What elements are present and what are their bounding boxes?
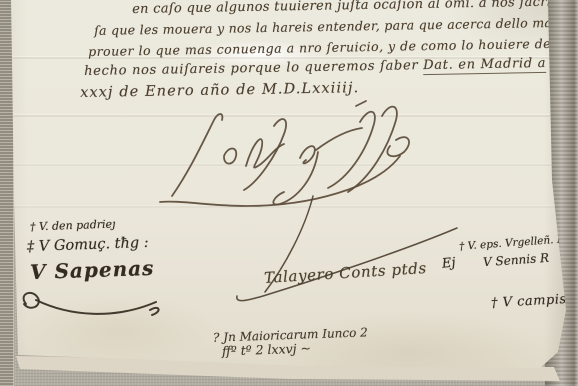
body-line-1: en caſo que algunos tuuieren juſta ocaſi… bbox=[132, 0, 569, 17]
body-line-2: ſa que les mouera y nos la hareis entend… bbox=[94, 14, 578, 38]
signature-left-1: † V. den padrieȷ bbox=[30, 218, 116, 234]
body-line-4: hecho nos auiſareis porque lo queremos ſ… bbox=[84, 56, 546, 79]
linen-left-edge bbox=[0, 0, 14, 386]
signature-right-campis: † V campis bbox=[491, 292, 567, 311]
signature-right-bishop-urgell: † V. eps. Vrgelleñ. R. bbox=[459, 233, 569, 253]
manuscript-photo: en caſo que algunos tuuieren juſta ocaſi… bbox=[0, 0, 578, 386]
signature-right-sennis: V Sennis R bbox=[483, 251, 550, 270]
secretary-rubric-strokes bbox=[225, 188, 465, 313]
paraph-mark: Ej bbox=[441, 255, 456, 271]
dateline-underlined: Dat. en Madrid a bbox=[423, 56, 546, 75]
manuscript-page: en caſo que algunos tuuieren juſta ocaſi… bbox=[0, 0, 578, 386]
body-line-5-date: xxxj de Enero año de M.D.Lxxiiij. bbox=[80, 80, 359, 101]
docket-line-2: ffº tº 2 lxxvj ~ bbox=[222, 340, 311, 358]
body-line-4-text: hecho nos auiſareis porque lo queremos ſ… bbox=[84, 58, 423, 79]
signature-left-sapena: V Sapenas bbox=[30, 256, 155, 284]
signature-left-2: ‡ V Gomuç. tħg : bbox=[27, 235, 149, 255]
sapena-flourish bbox=[14, 288, 164, 324]
